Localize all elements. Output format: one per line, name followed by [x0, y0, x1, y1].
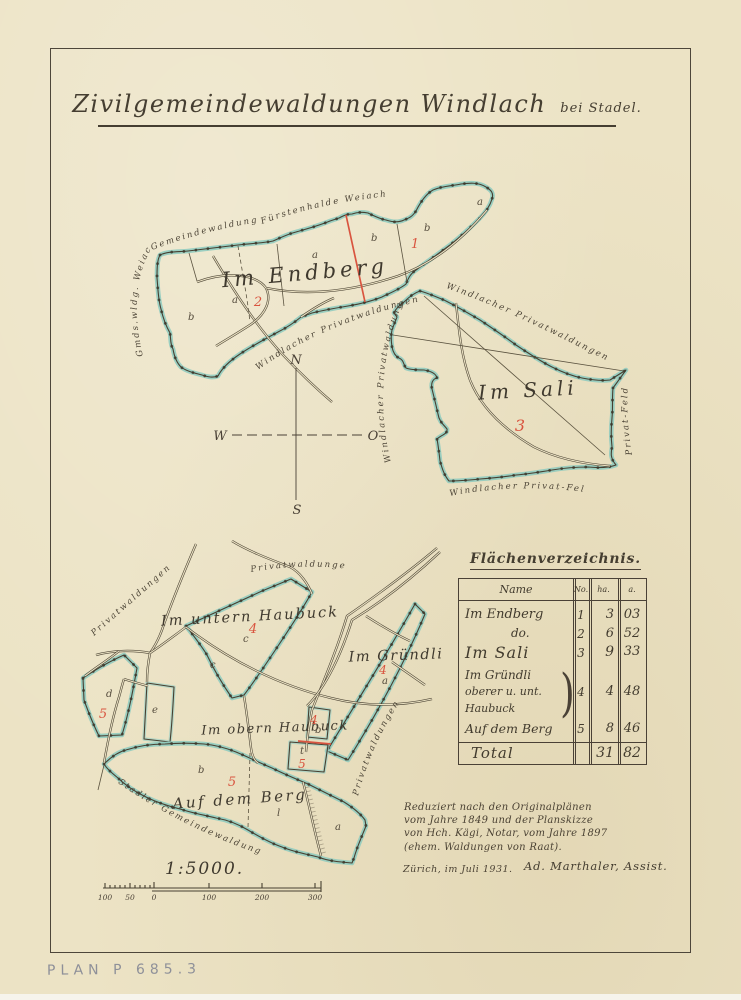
parcel-letter: b: [371, 233, 377, 244]
scale-label: 300: [308, 893, 323, 902]
total-a: 82: [618, 745, 646, 761]
parcel-number: 3: [515, 416, 525, 435]
source-note-line: (ehem. Waldungen von Raat).: [404, 841, 676, 854]
table-total-rule: [459, 742, 646, 743]
source-notes: Reduziert nach den Originalplänen vom Ja…: [404, 801, 676, 854]
row-no: 5: [573, 722, 589, 736]
total-label: Total: [471, 744, 514, 762]
scale-label: 200: [254, 893, 270, 902]
parcel-letter: b: [424, 223, 430, 234]
parcel-letter: b: [198, 765, 204, 776]
row-ha: 8: [589, 721, 614, 736]
row-ha: 9: [589, 644, 614, 660]
compass-west-label: W: [213, 429, 228, 444]
area-table: Name No. ha. a. Im Endberg 1 3 03 do. 2 …: [458, 578, 647, 765]
row-ha: 4: [589, 684, 614, 699]
scale-label: 100: [98, 893, 113, 902]
svg-text:Gmds.wldg. Weiach: Gmds.wldg. Weiach: [0, 0, 155, 358]
label-privat-feld: Privat-Feld: [620, 386, 635, 457]
compass-north-label: N: [289, 353, 302, 368]
parcel-letter: a: [232, 295, 238, 306]
row-a: 33: [618, 644, 646, 659]
compass-south-label: S: [293, 503, 302, 518]
parcel-letter: c: [210, 660, 216, 671]
row-a: 46: [618, 721, 646, 736]
row-a: 52: [618, 626, 646, 641]
row-name: Auf dem Berg: [465, 721, 552, 736]
svg-text:Windlacher Privat-Feld: Windlacher Privat-Feld: [0, 0, 586, 499]
auf-dem-berg-title: Auf dem Berg: [170, 785, 308, 813]
row-no: 3: [573, 646, 589, 660]
source-note-line: vom Jahre 1849 und der Planskizze: [404, 814, 676, 827]
row-name-line: Im Gründli: [465, 668, 531, 682]
parcel-letter: a: [335, 822, 341, 833]
col-header-no: No.: [573, 585, 589, 594]
row-name: do.: [511, 626, 530, 640]
parcel-number: 5: [99, 707, 107, 722]
lower-map: Im untern Haubuck Im Gründli Im obern Ha…: [0, 0, 444, 902]
place-date: Zürich, im Juli 1931.: [403, 864, 513, 875]
label-windlacher-privat-feld: Windlacher Privat-Feld: [0, 0, 586, 499]
parcel-letter: c: [243, 634, 249, 645]
parcel-letter: b: [188, 312, 194, 323]
parcel-number: 5: [228, 775, 236, 790]
parcel-e-boundary-highlight: [144, 683, 174, 742]
row-name-line: Haubuck: [465, 702, 515, 715]
col-header-ha: ha.: [589, 585, 618, 594]
sali-title: Im Sali: [477, 375, 579, 404]
col-header-name: Name: [459, 583, 573, 596]
table-title: Flächenverzeichnis.: [470, 551, 641, 570]
parcel-letter: a: [382, 676, 388, 687]
untern-haubuck-boundary: [186, 579, 312, 698]
scale-label: 100: [202, 893, 217, 902]
row-no: 2: [573, 627, 589, 641]
parcel-letter: l: [277, 808, 280, 819]
row-ha: 3: [589, 607, 614, 622]
label-privatwaldungen-n: Privatwaldungen: [0, 0, 347, 575]
table-header-rule: [459, 600, 646, 601]
parcel-letter: b: [315, 725, 321, 736]
col-header-a: a.: [618, 585, 646, 594]
parcel-letter: e: [152, 705, 158, 716]
source-note-line: von Hch. Kägi, Notar, vom Jahre 1897: [404, 827, 676, 840]
row-no: 1: [573, 608, 589, 622]
parcel-letter: a: [477, 197, 483, 208]
parcel-letter: a: [312, 250, 318, 261]
scale-ratio-text: 1:5000.: [165, 859, 244, 879]
parcel-number: 1: [411, 237, 419, 252]
parcel-number: 4: [378, 663, 387, 677]
total-ha: 31: [589, 745, 614, 761]
parcel-letter: d: [106, 689, 112, 700]
scale-label: 50: [125, 893, 135, 902]
scan-edge: [0, 994, 741, 1000]
row-name: Im Endberg: [465, 607, 543, 622]
signature: Ad. Marthaler, Assist.: [524, 859, 668, 873]
label-gmds-wldg-weiach: Gmds.wldg. Weiach: [0, 0, 155, 358]
row-ha: 6: [589, 626, 614, 641]
gruendli-title: Im Gründli: [347, 646, 443, 665]
svg-text:Privat-Feld: Privat-Feld: [620, 386, 635, 457]
svg-text:Privatwaldungen: Privatwaldungen: [0, 0, 347, 575]
row-name: Im Sali: [465, 643, 529, 662]
compass-east-label: O: [368, 429, 379, 444]
obern-haubuck-parcel2-boundary: [288, 742, 328, 772]
parcel-number: 2: [253, 295, 262, 310]
compass-rose: N W O S: [213, 353, 378, 518]
row-a: 03: [618, 607, 646, 622]
row-a: 48: [618, 684, 646, 699]
scale-label: 0: [152, 893, 157, 902]
archive-pencil-note: PLAN P 685.3: [47, 961, 201, 979]
parcel-number: 5: [298, 757, 306, 771]
parcel-number: 4: [248, 622, 257, 637]
row-name-line: oberer u. unt.: [465, 685, 542, 698]
source-note-line: Reduziert nach den Originalplänen: [404, 801, 676, 814]
obern-haubuck-parcel2-highlight: [288, 742, 328, 772]
scale-bar: 100 50 0 100 200 300: [98, 881, 323, 902]
row-no: 4: [573, 685, 589, 699]
parcel-letter: t: [300, 746, 305, 757]
